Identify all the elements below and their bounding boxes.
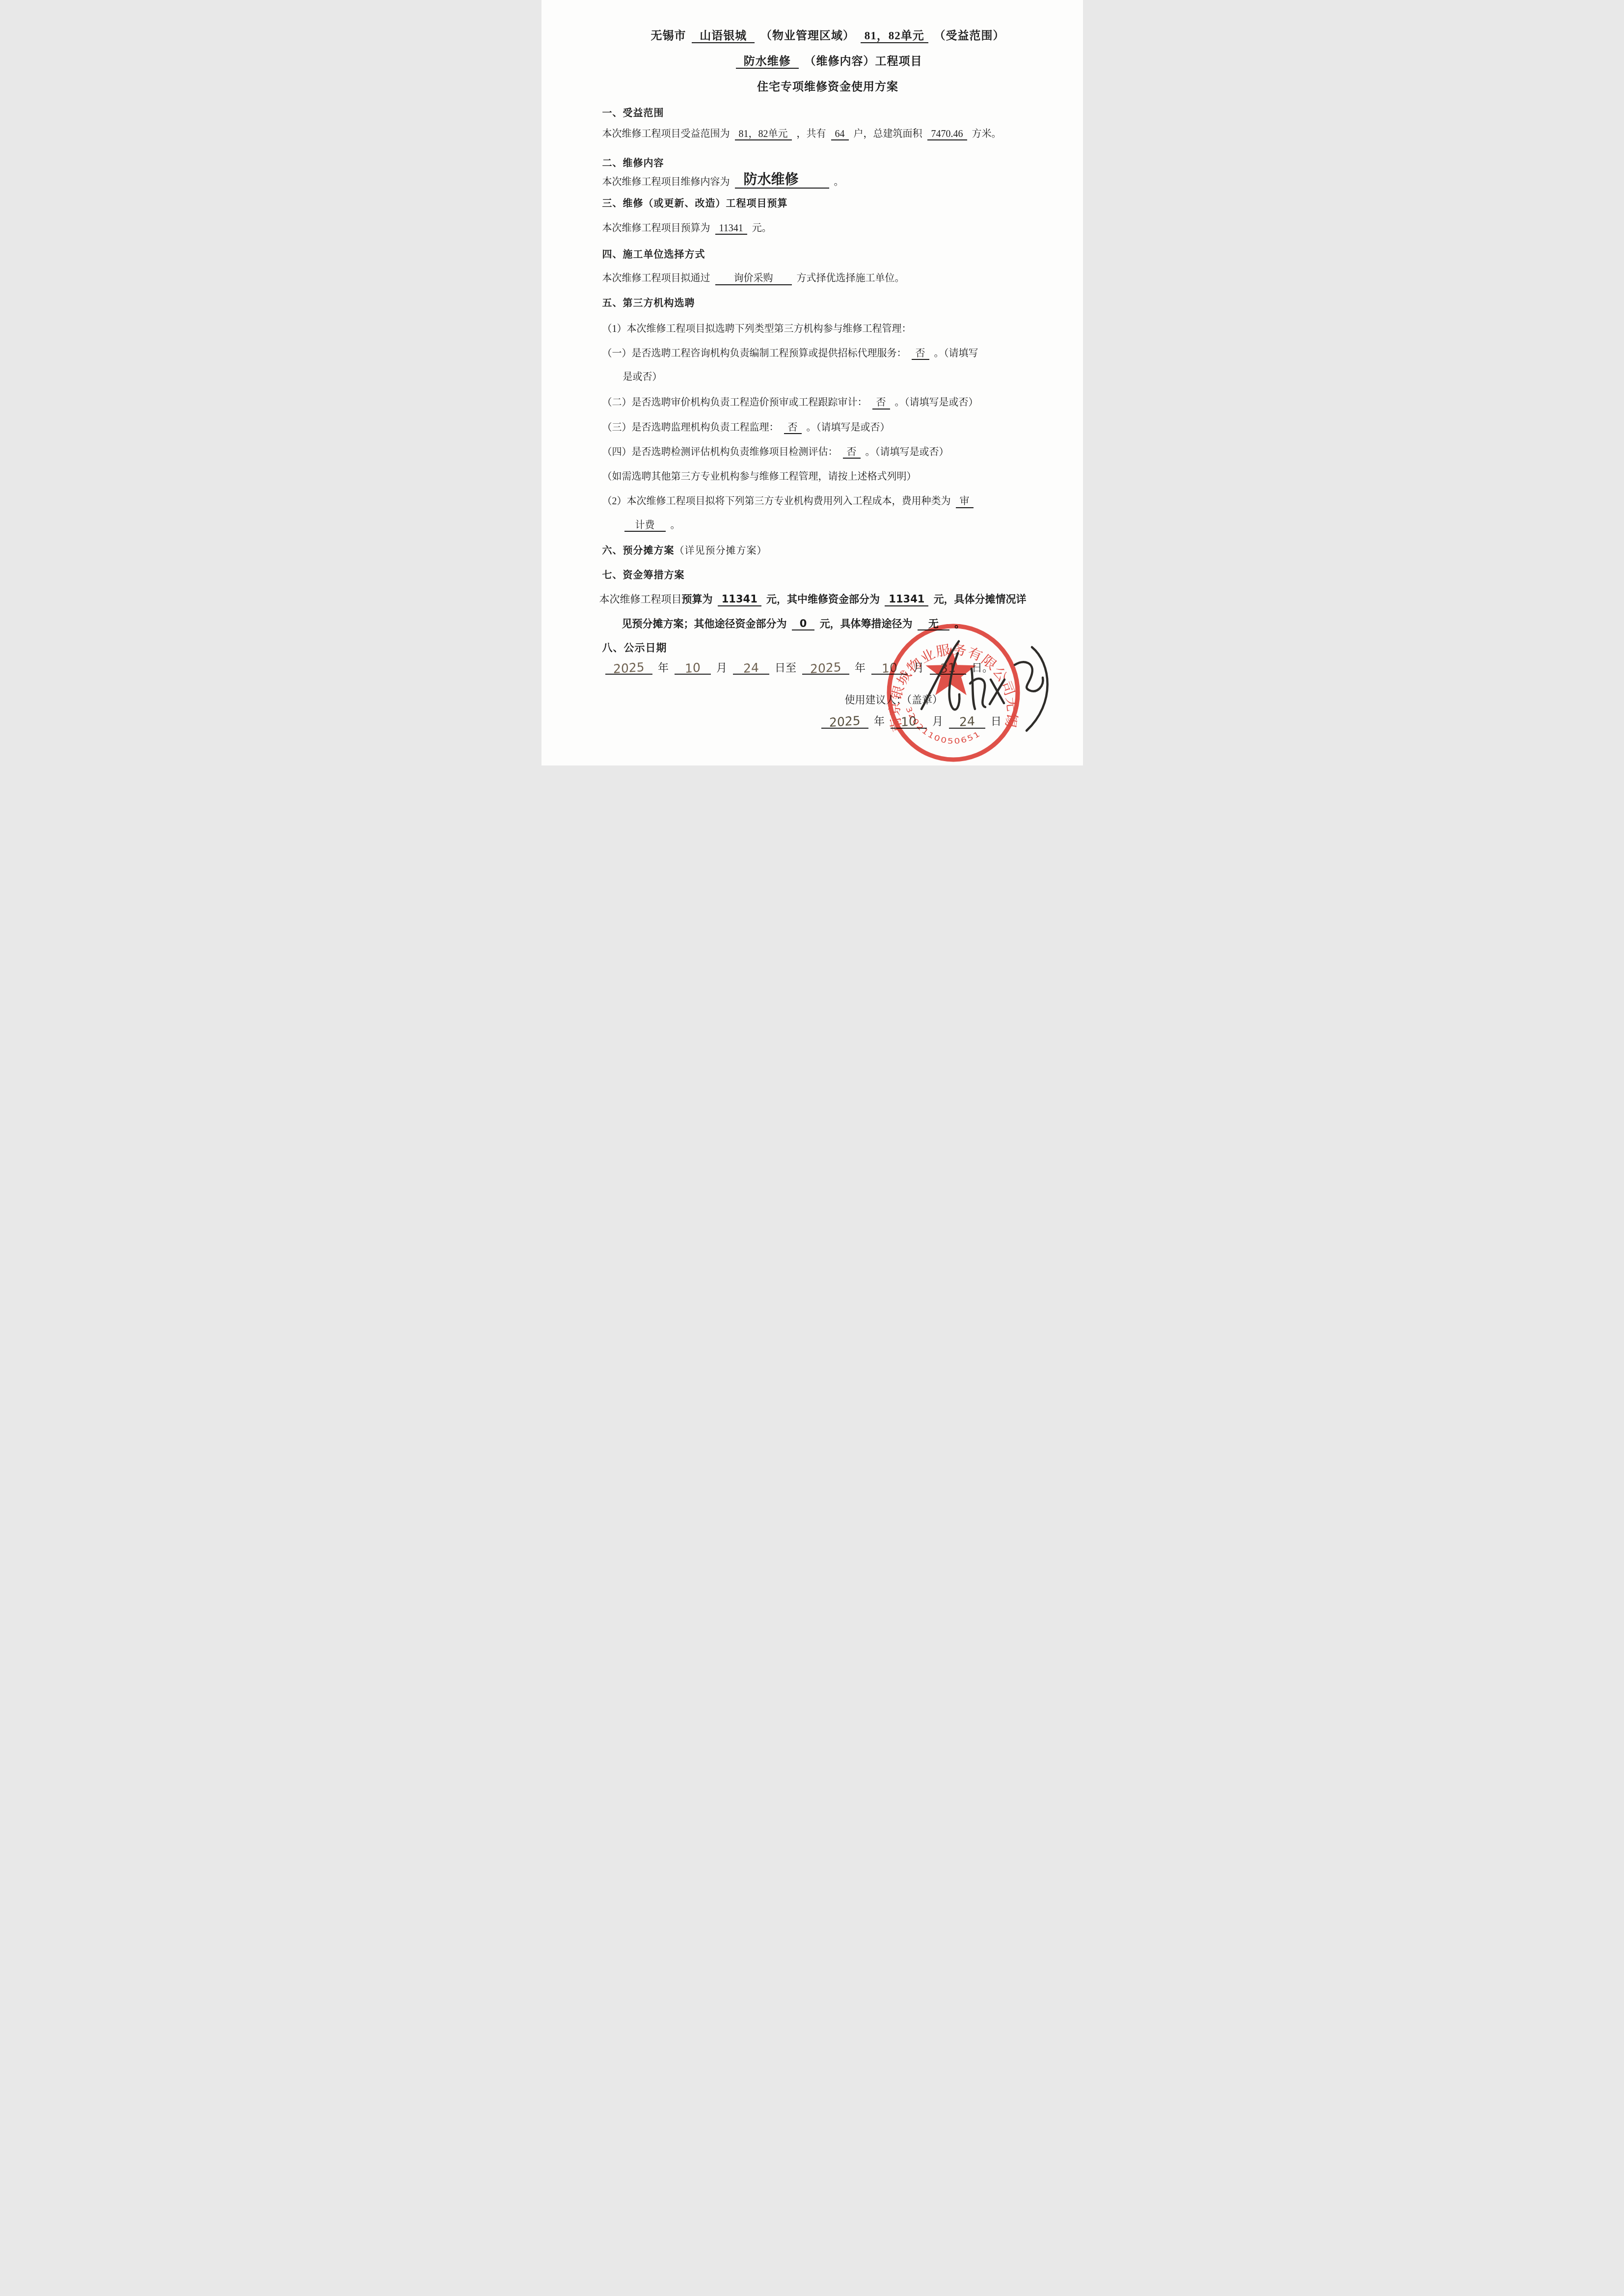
s1-text-3: 户，总建筑面积 <box>854 129 922 139</box>
handwritten-signature <box>911 634 1058 738</box>
s5-item-3: （二）是否选聘审价机构负责工程造价预审或工程跟踪审计： 否 。（请填写是或否） <box>602 396 1054 409</box>
section-3-heading: 三、维修（或更新、改造）工程项目预算 <box>602 197 1054 210</box>
s7-bold-4: 见预分摊方案；其他途径资金部分为 <box>622 618 787 629</box>
blank-content-value: 防水维修 <box>735 173 829 189</box>
blank-property-area: 山语银城 <box>692 29 755 43</box>
s1-text-2: ，共有 <box>797 129 826 139</box>
s5-item-4: （三）是否选聘监理机构负责工程监理： 否 。（请填写是或否） <box>602 421 1054 434</box>
handwritten-start-year: 2025 <box>613 660 644 675</box>
handwritten-end-year: 2025 <box>810 660 841 675</box>
blank-other-funds: 0 <box>792 618 815 631</box>
title-project-label: （维修内容）工程项目 <box>804 55 922 67</box>
blank-consulting-answer: 否 <box>912 348 929 360</box>
blank-supervision-answer: 否 <box>784 422 802 434</box>
title-line-1: 无锡市 山语银城 （物业管理区域） 81，82单元 （受益范围） <box>602 28 1054 43</box>
blank-procurement-value: 询价采购 <box>715 273 792 285</box>
label-year-1: 年 <box>658 661 669 674</box>
blank-households-value: 64 <box>831 129 849 140</box>
blank-budget-value: 11341 <box>715 223 747 235</box>
s5-i2-suffix: 。（请填写 <box>934 348 978 359</box>
s5-i7-text: （2）本次维修工程项目拟将下列第三方专业机构费用列入工程成本，费用种类为 <box>602 496 951 507</box>
s7-bold-3: 元，具体分摊情况详 <box>934 593 1027 605</box>
title-city: 无锡市 <box>651 29 686 42</box>
s5-i2-question: （一）是否选聘工程咨询机构负责编制工程预算或提供招标代理服务： <box>602 348 907 359</box>
section-2-paragraph: 本次维修工程项目维修内容为 防水维修 。 <box>602 174 1054 190</box>
blank-start-month: 10 <box>675 661 711 675</box>
s6-heading-text: 六、预分摊方案 <box>602 546 675 556</box>
blank-total-budget: 11341 <box>718 594 761 606</box>
s5-i5-suffix: 。（请填写是或否） <box>866 447 949 458</box>
handwritten-start-month: 10 <box>685 661 701 674</box>
section-1-paragraph: 本次维修工程项目受益范围为 81，82单元 ，共有 64 户，总建筑面积 747… <box>602 128 1054 140</box>
label-day-to: 日至 <box>775 661 796 674</box>
s2-text-2: 。 <box>834 177 844 188</box>
s5-i4-suffix: 。（请填写是或否） <box>807 422 890 433</box>
blank-benefit-units: 81，82单元 <box>861 29 928 43</box>
section-7-paragraph-line1: 本次维修工程项目预算为 11341 元，其中维修资金部分为 11341 元，具体… <box>599 593 1054 606</box>
handwritten-start-day: 24 <box>743 661 759 674</box>
blank-fund-portion: 11341 <box>885 594 928 606</box>
section-4-heading: 四、施工单位选择方式 <box>602 248 1054 261</box>
s5-i5-question: （四）是否选聘检测评估机构负责维修项目检测评估： <box>602 447 838 458</box>
blank-units-value: 81，82单元 <box>735 129 792 140</box>
s7-text-regular: 本次维修工程项目 <box>599 593 682 605</box>
section-7-heading: 七、资金筹措方案 <box>602 569 1054 582</box>
handwritten-sign-year: 2025 <box>829 714 860 729</box>
s5-i7-suffix: 。 <box>671 520 680 531</box>
section-2-heading: 二、维修内容 <box>602 157 1054 170</box>
s4-text-1: 本次维修工程项目拟通过 <box>602 273 710 284</box>
s5-item-7-wrap: 计费 。 <box>602 519 1054 532</box>
blank-end-year: 2025 <box>802 661 849 675</box>
s3-text-1: 本次维修工程项目预算为 <box>602 223 710 234</box>
s5-item-1: （1）本次维修工程项目拟选聘下列类型第三方机构参与维修工程管理： <box>602 323 1054 335</box>
section-3-paragraph: 本次维修工程项目预算为 11341 元。 <box>602 222 1054 235</box>
label-year-2: 年 <box>855 661 866 674</box>
s5-item-5: （四）是否选聘检测评估机构负责维修项目检测评估： 否 。（请填写是或否） <box>602 446 1054 459</box>
section-4-paragraph: 本次维修工程项目拟通过 询价采购 方式择优选择施工单位。 <box>602 272 1054 285</box>
blank-sign-year: 2025 <box>821 714 868 729</box>
title-area-label: （物业管理区域） <box>760 29 855 42</box>
s7-bold-1: 预算为 <box>682 593 713 605</box>
s3-text-2: 元。 <box>752 223 772 234</box>
blank-start-year: 2025 <box>605 661 652 675</box>
s5-i4-question: （三）是否选聘监理机构负责工程监理： <box>602 422 779 433</box>
section-5-heading: 五、第三方机构选聘 <box>602 297 1054 310</box>
s6-heading-note: （详见预分摊方案） <box>675 546 767 556</box>
title-line-3: 住宅专项维修资金使用方案 <box>602 80 1054 94</box>
blank-assessment-answer: 否 <box>843 447 861 459</box>
section-1-heading: 一、受益范围 <box>602 107 1054 120</box>
blank-audit-answer: 否 <box>872 397 890 409</box>
s7-bold-2: 元，其中维修资金部分为 <box>766 593 880 605</box>
scanned-document-page: 无锡市 山语银城 （物业管理区域） 81，82单元 （受益范围） 防水维修 （维… <box>541 0 1083 765</box>
s2-text-1: 本次维修工程项目维修内容为 <box>602 177 730 188</box>
blank-area-value: 7470.46 <box>927 129 967 140</box>
blank-fee-type-part2: 计费 <box>624 520 666 532</box>
blank-repair-content: 防水维修 <box>736 55 799 69</box>
s1-text-1: 本次维修工程项目受益范围为 <box>602 129 730 139</box>
s4-text-2: 方式择优选择施工单位。 <box>797 273 905 284</box>
s5-i3-question: （二）是否选聘审价机构负责工程造价预审或工程跟踪审计： <box>602 397 867 408</box>
title-line-2: 防水维修 （维修内容）工程项目 <box>602 54 1054 69</box>
s5-item-2: （一）是否选聘工程咨询机构负责编制工程预算或提供招标代理服务： 否 。（请填写 <box>602 347 1054 360</box>
section-6-heading: 六、预分摊方案（详见预分摊方案） <box>602 545 1054 557</box>
s5-item-2-wrap: 是或否） <box>602 371 1054 383</box>
blank-start-day: 24 <box>733 661 769 675</box>
blank-fee-type-part1: 审 <box>956 496 974 508</box>
s5-i3-suffix: 。（请填写是或否） <box>895 397 978 408</box>
label-sign-year: 年 <box>874 715 885 727</box>
title-benefit-label: （受益范围） <box>934 29 1005 42</box>
s1-text-4: 方米。 <box>972 129 1001 139</box>
label-month-1: 月 <box>716 661 727 674</box>
s5-item-6: （如需选聘其他第三方专业机构参与维修工程管理，请按上述格式列明） <box>602 470 1054 483</box>
s5-item-7: （2）本次维修工程项目拟将下列第三方专业机构费用列入工程成本，费用种类为 审 <box>602 495 1054 508</box>
